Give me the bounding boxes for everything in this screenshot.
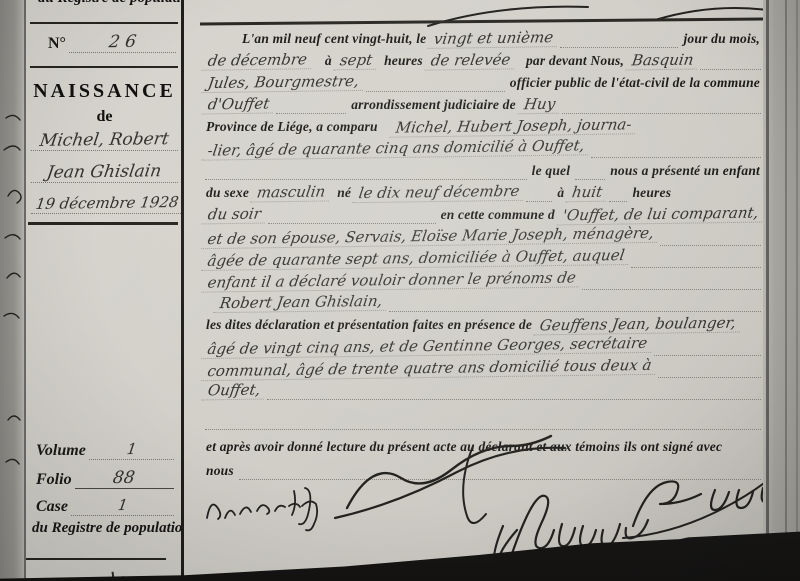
child-name-line1: Michel, Robert	[34, 129, 176, 151]
volume-row: Volume 1	[36, 440, 177, 460]
printed-text: heures	[381, 53, 426, 69]
dotted-fill-line	[526, 200, 552, 202]
printed-text: du sexe	[203, 185, 252, 201]
act-type-title: NAISSANCE	[26, 80, 183, 103]
dotted-fill-line	[609, 200, 627, 202]
next-record-mark	[112, 570, 125, 580]
printed-text: les dites déclaration et présentation fa…	[203, 317, 535, 333]
dotted-fill-line	[654, 354, 761, 356]
act-line: enfant il a déclaré vouloir donner le pr…	[203, 268, 763, 290]
handwritten-text: Jules, Bourgmestre,	[201, 72, 365, 93]
folio-value: 88	[107, 468, 142, 488]
handwritten-text: le dix neuf décembre	[353, 182, 526, 203]
handwritten-text: Ouffet,	[202, 381, 267, 401]
act-line: de décembreàseptheuresde relevéepar deva…	[203, 48, 763, 70]
child-name-line2: Jean Ghislain	[41, 161, 168, 183]
handwritten-text: Basquin	[626, 51, 700, 71]
margin-column: du Registre de population N° 2 6 NAISSAN…	[26, 0, 183, 581]
printed-text: le quel	[529, 163, 574, 179]
handwritten-text: Huy	[517, 95, 561, 115]
register-page-photo: du Registre de population N° 2 6 NAISSAN…	[0, 0, 800, 581]
printed-text: à	[322, 53, 335, 69]
printed-text: officier public de l'état-civil de la co…	[507, 75, 763, 91]
signature-michel	[207, 488, 317, 530]
handwritten-text: du soir	[202, 205, 268, 225]
margin-rule-thick	[28, 222, 178, 225]
signature-geuffens	[494, 496, 648, 572]
handwritten-text: 'Ouffet, de lui comparant,	[556, 204, 764, 226]
act-line: âgé de vingt cinq ans, et de Gentinne Ge…	[203, 334, 763, 356]
dotted-fill-line	[267, 398, 761, 400]
handwritten-text: masculin	[251, 182, 332, 202]
case-value: 1	[111, 496, 133, 514]
act-line: et de son épouse, Servais, Eloïse Marie …	[203, 224, 763, 246]
signatures-block	[185, 430, 800, 580]
printed-text: né	[334, 185, 354, 201]
child-name-row-1: Michel, Robert	[28, 130, 181, 151]
act-line: les dites déclaration et présentation fa…	[203, 312, 763, 334]
act-line: -lier, âgé de quarante cinq ans domicili…	[203, 136, 763, 158]
printed-text: en cette commune d	[438, 207, 558, 223]
handwritten-text: Geuffens Jean, boulanger,	[533, 314, 742, 336]
printed-text: nous a présenté un enfant	[607, 163, 763, 179]
record-number-label: N°	[48, 35, 66, 53]
binding-line-2	[785, 0, 787, 581]
case-row: Case 1	[36, 496, 177, 516]
dotted-fill-line	[631, 266, 761, 268]
dotted-fill-line	[389, 310, 761, 312]
dotted-fill-line	[660, 244, 761, 246]
binding-line-3	[796, 0, 798, 581]
act-line: âgée de quarante sept ans, domiciliée à …	[203, 246, 763, 268]
dotted-fill-line	[582, 288, 761, 290]
act-line: Jules, Bourgmestre,officier public de l'…	[203, 70, 763, 92]
margin-rule-top	[30, 22, 178, 24]
act-line: Robert Jean Ghislain,	[203, 290, 763, 312]
act-line: d'Ouffetarrondissement judiciaire deHuy	[203, 92, 763, 114]
dotted-fill-line	[276, 112, 346, 114]
act-lines: L'an mil neuf cent vingt-huit, levingt e…	[203, 26, 763, 480]
margin-rule-2	[30, 66, 178, 68]
margin-rule-bottom	[26, 558, 166, 560]
act-line: Province de Liége, a comparuMichel, Hube…	[203, 114, 763, 136]
printed-text: jour du mois,	[680, 31, 763, 47]
handwritten-text: enfant il a déclaré vouloir donner le pr…	[201, 268, 582, 292]
volume-value: 1	[120, 440, 142, 458]
act-line: le quelnous a présenté un enfant	[203, 158, 763, 180]
handwritten-text: d'Ouffet	[202, 95, 276, 115]
birth-date-row: 19 décembre 1928	[28, 194, 181, 214]
act-line: Ouffet,	[203, 378, 763, 400]
handwritten-text: de décembre	[202, 50, 314, 71]
dotted-fill-line	[591, 156, 761, 158]
record-number-row: N° 2 6	[48, 32, 179, 53]
dotted-fill-line	[268, 222, 436, 224]
act-line: L'an mil neuf cent vingt-huit, levingt e…	[203, 26, 763, 48]
handwritten-text: Michel, Hubert Joseph, journa-	[389, 115, 637, 137]
adjacent-page-edge	[0, 0, 26, 581]
handwritten-text: huit	[566, 183, 609, 203]
printed-text: L'an mil neuf cent vingt-huit, le	[239, 31, 429, 47]
book-binding-edge	[763, 0, 800, 581]
act-type-de: de	[26, 108, 183, 126]
dotted-fill-line	[658, 376, 761, 378]
printed-text: arrondissement judiciaire de	[348, 97, 519, 113]
folio-row: Folio 88	[36, 468, 177, 489]
act-line: communal, âgé de trente quatre ans domic…	[203, 356, 763, 378]
dotted-fill-line	[366, 90, 505, 92]
act-line: du soiren cette commune d'Ouffet, de lui…	[203, 202, 763, 224]
child-name-row-2: Jean Ghislain	[28, 162, 181, 183]
printed-text: heures	[629, 185, 674, 201]
case-label: Case	[36, 498, 68, 516]
act-line: du sexemasculinnéle dix neuf décembreàhu…	[203, 180, 763, 202]
folio-label: Folio	[36, 471, 72, 489]
act-line	[203, 408, 763, 430]
previous-record-caption: du Registre de population	[38, 0, 183, 7]
birth-date-value: 19 décembre 1928	[30, 193, 183, 213]
dotted-fill-line	[575, 178, 605, 180]
dotted-fill-line	[560, 46, 678, 48]
register-caption: du Registre de population	[32, 520, 183, 537]
volume-label: Volume	[36, 442, 86, 460]
handwritten-text: sept	[333, 51, 378, 71]
dotted-fill-line	[562, 112, 761, 114]
handwritten-text: de relevée	[424, 50, 516, 70]
binding-line	[766, 0, 769, 581]
record-number-value: 2 6	[102, 32, 142, 53]
dotted-fill-line	[205, 178, 527, 180]
printed-text: par devant Nous,	[523, 53, 627, 69]
dotted-fill-line	[700, 68, 761, 70]
handwritten-text: vingt et unième	[428, 28, 560, 49]
handwritten-text: Robert Jean Ghislain,	[213, 292, 388, 313]
edge-handwriting-fragments	[0, 0, 26, 581]
printed-text: Province de Liége, a comparu	[203, 119, 381, 135]
previous-signature-tails	[420, 0, 780, 28]
column-divider-line	[181, 0, 184, 581]
